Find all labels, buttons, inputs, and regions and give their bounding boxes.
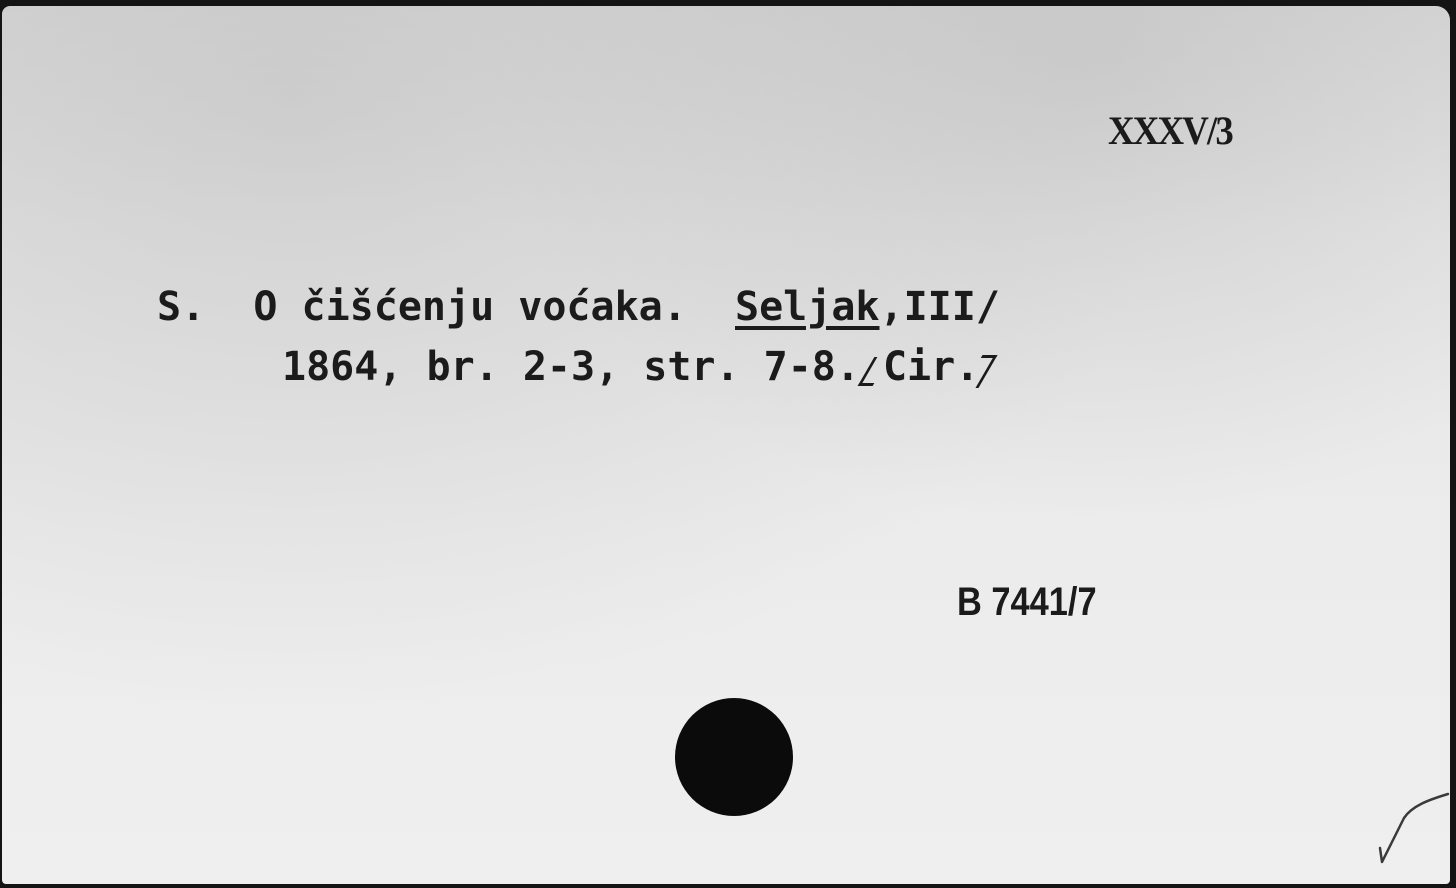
- entry-prefix: S.: [157, 284, 205, 330]
- accession-number: B 7441/7: [957, 580, 1097, 625]
- entry-source: Seljak: [735, 284, 880, 330]
- catalog-card: XXXV/3 S. O čišćenju voćaka. Seljak,III/…: [2, 6, 1450, 884]
- script-note: Cir.: [860, 344, 988, 390]
- entry-line-2: 1864, br. 2-3, str. 7-8.Cir.: [282, 344, 988, 390]
- call-number: XXXV/3: [1108, 107, 1232, 154]
- entry-citation: 1864, br. 2-3, str. 7-8.: [282, 344, 860, 390]
- entry-line-1: S. O čišćenju voćaka. Seljak,III/: [157, 284, 1000, 330]
- entry-title: O čišćenju voćaka.: [253, 284, 686, 330]
- punch-hole-icon: [675, 698, 793, 816]
- checkmark-icon: [1372, 786, 1450, 866]
- entry-volume: ,III/: [880, 284, 1000, 330]
